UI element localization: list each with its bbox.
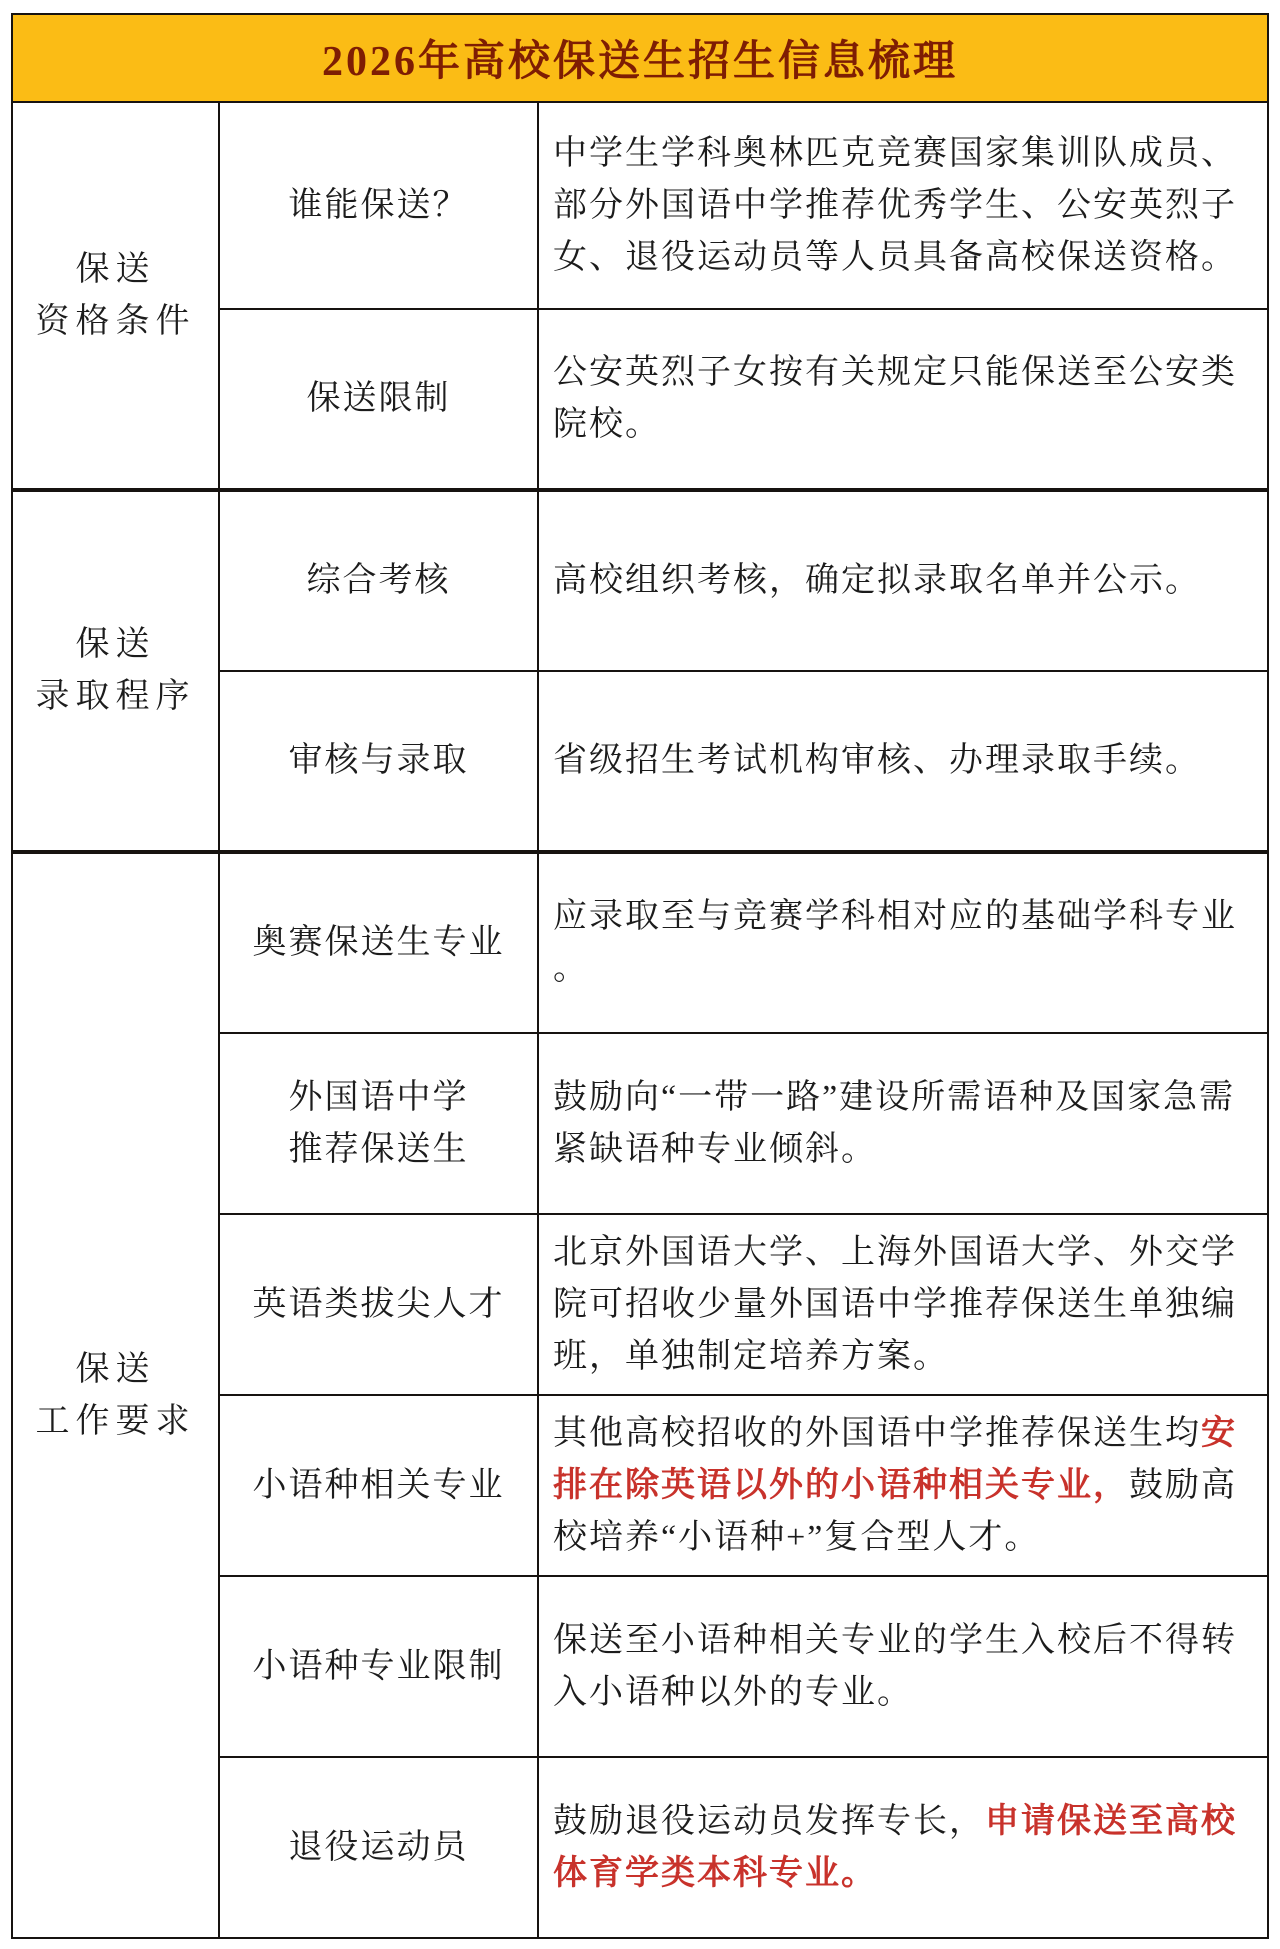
table-row: 保送 工作要求 奥赛保送生专业 应录取至与竞赛学科相对应的基础学科专业。 <box>12 852 1268 1033</box>
label-who-can-be-recommended: 谁能保送？ <box>219 102 538 309</box>
recruitment-table: 2026年高校保送生招生信息梳理 保送 资格条件 谁能保送？ 中学生学科奥林匹克… <box>11 13 1269 1939</box>
content-english-top-talent: 北京外国语大学、上海外国语大学、外交学院可招收少量外国语中学推荐保送生单独编班，… <box>538 1214 1268 1395</box>
category-line: 保送 <box>13 244 218 296</box>
category-line: 资格条件 <box>13 296 218 348</box>
content-recommendation-limits: 公安英烈子女按有关规定只能保送至公安类院校。 <box>538 309 1268 490</box>
label-minor-language-majors: 小语种相关专业 <box>219 1395 538 1576</box>
content-who-can-be-recommended: 中学生学科奥林匹克竞赛国家集训队成员、部分外国语中学推荐优秀学生、公安英烈子女、… <box>538 102 1268 309</box>
content-foreign-language-school: 鼓励向“一带一路”建设所需语种及国家急需紧缺语种专业倾斜。 <box>538 1033 1268 1214</box>
content-olympiad-majors: 应录取至与竞赛学科相对应的基础学科专业。 <box>538 852 1268 1033</box>
table-row: 保送 录取程序 综合考核 高校组织考核，确定拟录取名单并公示。 <box>12 490 1268 671</box>
label-english-top-talent: 英语类拔尖人才 <box>219 1214 538 1395</box>
table-header-cell: 2026年高校保送生招生信息梳理 <box>12 14 1268 102</box>
label-recommendation-limits: 保送限制 <box>219 309 538 490</box>
content-review-and-admission: 省级招生考试机构审核、办理录取手续。 <box>538 671 1268 852</box>
content-retired-athletes: 鼓励退役运动员发挥专长，申请保送至高校体育学类本科专业。 <box>538 1757 1268 1938</box>
content-comprehensive-assessment: 高校组织考核，确定拟录取名单并公示。 <box>538 490 1268 671</box>
page: 2026年高校保送生招生信息梳理 保送 资格条件 谁能保送？ 中学生学科奥林匹克… <box>0 0 1280 1949</box>
category-line: 录取程序 <box>13 671 218 723</box>
page-title: 2026年高校保送生招生信息梳理 <box>322 39 958 85</box>
category-line: 保送 <box>13 619 218 671</box>
label-foreign-language-school: 外国语中学 推荐保送生 <box>219 1033 538 1214</box>
label-minor-language-restriction: 小语种专业限制 <box>219 1576 538 1757</box>
category-line: 保送 <box>13 1344 218 1396</box>
content-minor-language-majors: 其他高校招收的外国语中学推荐保送生均安排在除英语以外的小语种相关专业，鼓励高校培… <box>538 1395 1268 1576</box>
category-cell-work-requirements: 保送 工作要求 <box>12 852 219 1938</box>
table-row: 保送 资格条件 谁能保送？ 中学生学科奥林匹克竞赛国家集训队成员、部分外国语中学… <box>12 102 1268 309</box>
label-olympiad-majors: 奥赛保送生专业 <box>219 852 538 1033</box>
content-minor-language-restriction: 保送至小语种相关专业的学生入校后不得转入小语种以外的专业。 <box>538 1576 1268 1757</box>
category-line: 工作要求 <box>13 1396 218 1448</box>
table-header-row: 2026年高校保送生招生信息梳理 <box>12 14 1268 102</box>
label-retired-athletes: 退役运动员 <box>219 1757 538 1938</box>
label-comprehensive-assessment: 综合考核 <box>219 490 538 671</box>
label-review-and-admission: 审核与录取 <box>219 671 538 852</box>
category-cell-eligibility: 保送 资格条件 <box>12 102 219 490</box>
category-cell-admission-procedure: 保送 录取程序 <box>12 490 219 852</box>
